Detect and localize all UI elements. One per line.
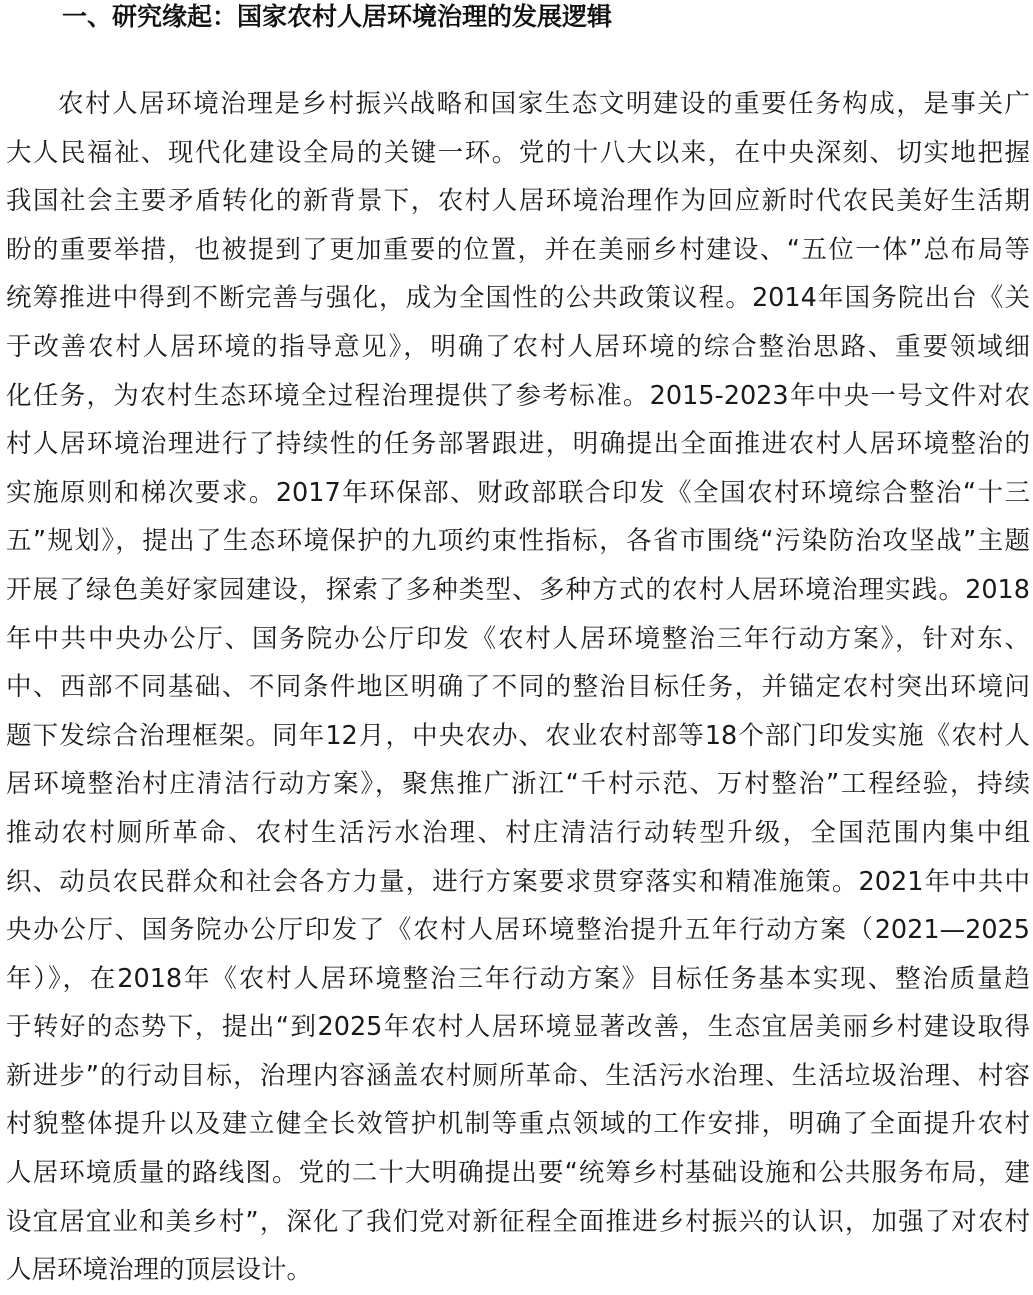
paragraph-line: 开展了绿色美好家园建设，探索了多种类型、多种方式的农村人居环境治理实践。2018 <box>6 566 1030 615</box>
paragraph-line: 化任务，为农村生态环境全过程治理提供了参考标准。2015-2023年中央一号文件… <box>6 372 1030 421</box>
paragraph-line: 年中共中央办公厅、国务院办公厅印发《农村人居环境整治三年行动方案》，针对东、 <box>6 615 1030 664</box>
paragraph-line: 我国社会主要矛盾转化的新背景下，农村人居环境治理作为回应新时代农民美好生活期 <box>6 177 1030 226</box>
paragraph-line: 推动农村厕所革命、农村生活污水治理、村庄清洁行动转型升级，全国范围内集中组 <box>6 809 1030 858</box>
paragraph-line: 实施原则和梯次要求。2017年环保部、财政部联合印发《全国农村环境综合整治“十三 <box>6 469 1030 518</box>
body-paragraph: 农村人居环境治理是乡村振兴战略和国家生态文明建设的重要任务构成，是事关广 大人民… <box>6 80 1030 1197</box>
paragraph-line: 人居环境质量的路线图。党的二十大明确提出要“统筹乡村基础设施和公共服务布局，建 <box>6 1149 1030 1197</box>
paragraph-line: 五”规划》，提出了生态环境保护的九项约束性指标，各省市围绕“污染防治攻坚战”主题 <box>6 517 1030 566</box>
paragraph-line: 大人民福祉、现代化建设全局的关键一环。党的十八大以来，在中央深刻、切实地把握 <box>6 129 1030 178</box>
paragraph-line: 统筹推进中得到不断完善与强化，成为全国性的公共政策议程。2014年国务院出台《关 <box>6 274 1030 323</box>
paragraph-line: 于改善农村人居环境的指导意见》，明确了农村人居环境的综合整治思路、重要领域细 <box>6 323 1030 372</box>
paragraph-line: 题下发综合治理框架。同年12月，中央农办、农业农村部等18个部门印发实施《农村人 <box>6 712 1030 761</box>
paragraph-line: 央办公厅、国务院办公厅印发了《农村人居环境整治提升五年行动方案（2021—202… <box>6 906 1030 955</box>
paragraph-line: 居环境整治村庄清洁行动方案》，聚焦推广浙江“千村示范、万村整治”工程经验，持续 <box>6 760 1030 809</box>
paragraph-line: 于转好的态势下，提出“到2025年农村人居环境显著改善，生态宜居美丽乡村建设取得 <box>6 1003 1030 1052</box>
paragraph-line: 新进步”的行动目标，治理内容涵盖农村厕所革命、生活污水治理、生活垃圾治理、村容 <box>6 1052 1030 1101</box>
paragraph-line: 村人居环境治理进行了持续性的任务部署跟进，明确提出全面推进农村人居环境整治的 <box>6 420 1030 469</box>
paragraph-line: 村貌整体提升以及建立健全长效管护机制等重点领域的工作安排，明确了全面提升农村 <box>6 1100 1030 1149</box>
section-heading: 一、研究缘起：国家农村人居环境治理的发展逻辑 <box>62 0 612 34</box>
paragraph-line: 中、西部不同基础、不同条件地区明确了不同的整治目标任务，并锚定农村突出环境问 <box>6 663 1030 712</box>
paragraph-line: 织、动员农民群众和社会各方力量，进行方案要求贯穿落实和精准施策。2021年中共中 <box>6 858 1030 907</box>
paragraph-line: 年）》，在2018年《农村人居环境整治三年行动方案》目标任务基本实现、整治质量趋 <box>6 955 1030 1004</box>
paragraph-line: 盼的重要举措，也被提到了更加重要的位置，并在美丽乡村建设、“五位一体”总布局等 <box>6 226 1030 275</box>
paragraph-line: 农村人居环境治理是乡村振兴战略和国家生态文明建设的重要任务构成，是事关广 <box>6 80 1030 129</box>
